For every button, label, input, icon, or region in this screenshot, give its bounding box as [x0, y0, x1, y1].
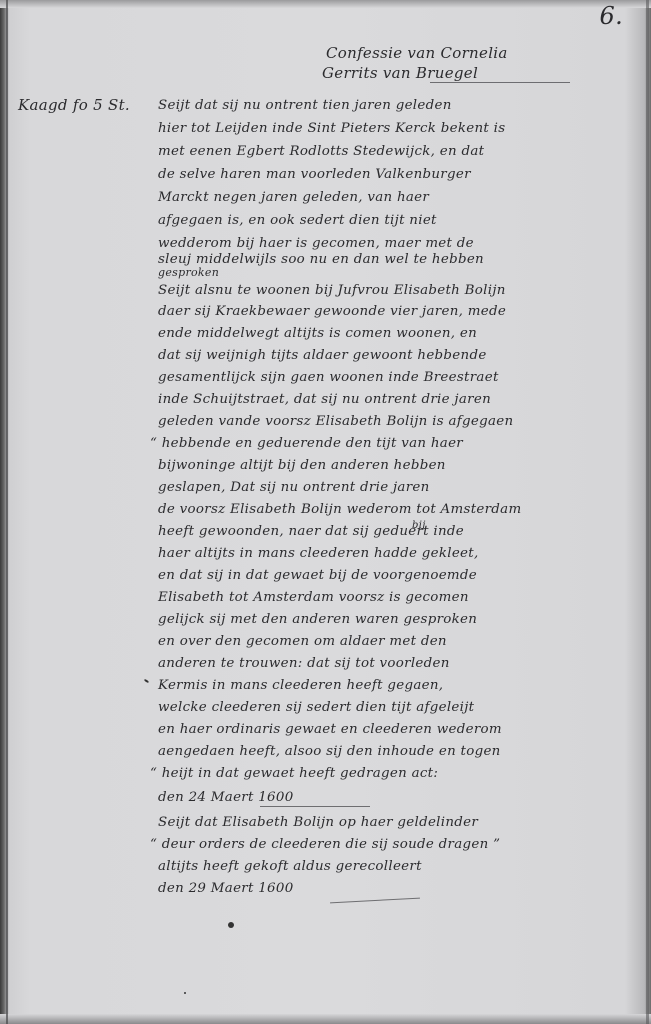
heading-underline — [430, 82, 570, 83]
binding-edge — [6, 0, 8, 1024]
date-underline — [260, 806, 370, 807]
text-line: geslapen, Dat sij nu ontrent drie jaren — [158, 480, 430, 495]
text-line: Marckt negen jaren geleden, van haer — [158, 190, 429, 205]
text-line: sleuj middelwijls soo nu en dan wel te h… — [158, 252, 484, 267]
text-line: daer sij Kraekbewaer gewoonde vier jaren… — [158, 304, 506, 319]
text-line: hier tot Leijden inde Sint Pieters Kerck… — [158, 121, 505, 136]
text-line: met eenen Egbert Rodlotts Stedewijck, en… — [158, 144, 484, 159]
manuscript-page: 6. Confessie van Cornelia Gerrits van Br… — [0, 0, 651, 1024]
text-line: “ deur orders de cleederen die sij soude… — [150, 837, 500, 852]
text-line: geleden vande voorsz Elisabeth Bolijn is… — [158, 414, 513, 429]
page-top-shadow — [0, 0, 651, 8]
ink-mark — [144, 679, 149, 684]
text-line: “ hebbende en geduerende den tijt van ha… — [150, 436, 463, 451]
text-line: dat sij weijnigh tijts aldaer gewoont he… — [158, 348, 487, 363]
date-underline — [330, 898, 420, 904]
text-line: wedderom bij haer is gecomen, maer met d… — [158, 236, 474, 251]
text-line: Kermis in mans cleederen heeft gegaen, — [158, 678, 443, 693]
ink-speck — [184, 992, 186, 994]
text-line: en haer ordinaris gewaet en cleederen we… — [158, 722, 502, 737]
ink-blot — [228, 922, 234, 928]
page-bottom-shadow — [0, 1014, 651, 1024]
text-line: de voorsz Elisabeth Bolijn wederom tot A… — [158, 502, 521, 517]
margin-note: Kaagd fo 5 St. — [18, 96, 130, 114]
text-line: Elisabeth tot Amsterdam voorsz is gecome… — [158, 590, 469, 605]
text-line: de selve haren man voorleden Valkenburge… — [158, 167, 471, 182]
text-line: Seijt dat sij nu ontrent tien jaren gele… — [158, 98, 452, 113]
text-line: gesproken — [158, 266, 219, 279]
text-line: gelijck sij met den anderen waren gespro… — [158, 612, 477, 627]
text-line: en dat sij in dat gewaet bij de voorgeno… — [158, 568, 477, 583]
text-line: “ heijt in dat gewaet heeft gedragen act… — [150, 766, 438, 781]
text-line: ende middelwegt altijts is comen woonen,… — [158, 326, 477, 341]
text-line: inde Schuijtstraet, dat sij nu ontrent d… — [158, 392, 491, 407]
text-line: haer altijts in mans cleederen hadde gek… — [158, 546, 479, 561]
text-line: bijwoninge altijt bij den anderen hebben — [158, 458, 446, 473]
text-line: gesamentlijck sijn gaen woonen inde Bree… — [158, 370, 499, 385]
date-line: den 29 Maert 1600 — [158, 881, 294, 896]
text-line: altijts heeft gekoft aldus gerecolleert — [158, 859, 422, 874]
interlinear-insertion: bij — [412, 520, 426, 531]
heading-line-2: Gerrits van Bruegel — [322, 64, 478, 82]
folio-number: 6. — [600, 2, 624, 30]
text-line: anderen te trouwen: dat sij tot voorlede… — [158, 656, 450, 671]
page-right-edge — [646, 0, 649, 1024]
text-line: Seijt dat Elisabeth Bolijn op haer gelde… — [158, 815, 478, 830]
heading-line-1: Confessie van Cornelia — [326, 44, 508, 62]
text-line: afgegaen is, en ook sedert dien tijt nie… — [158, 213, 437, 228]
text-line: Seijt alsnu te woonen bij Jufvrou Elisab… — [158, 283, 506, 298]
date-line: den 24 Maert 1600 — [158, 790, 294, 805]
text-line: welcke cleederen sij sedert dien tijt af… — [158, 700, 474, 715]
text-line: en over den gecomen om aldaer met den — [158, 634, 447, 649]
text-line: aengedaen heeft, alsoo sij den inhoude e… — [158, 744, 501, 759]
